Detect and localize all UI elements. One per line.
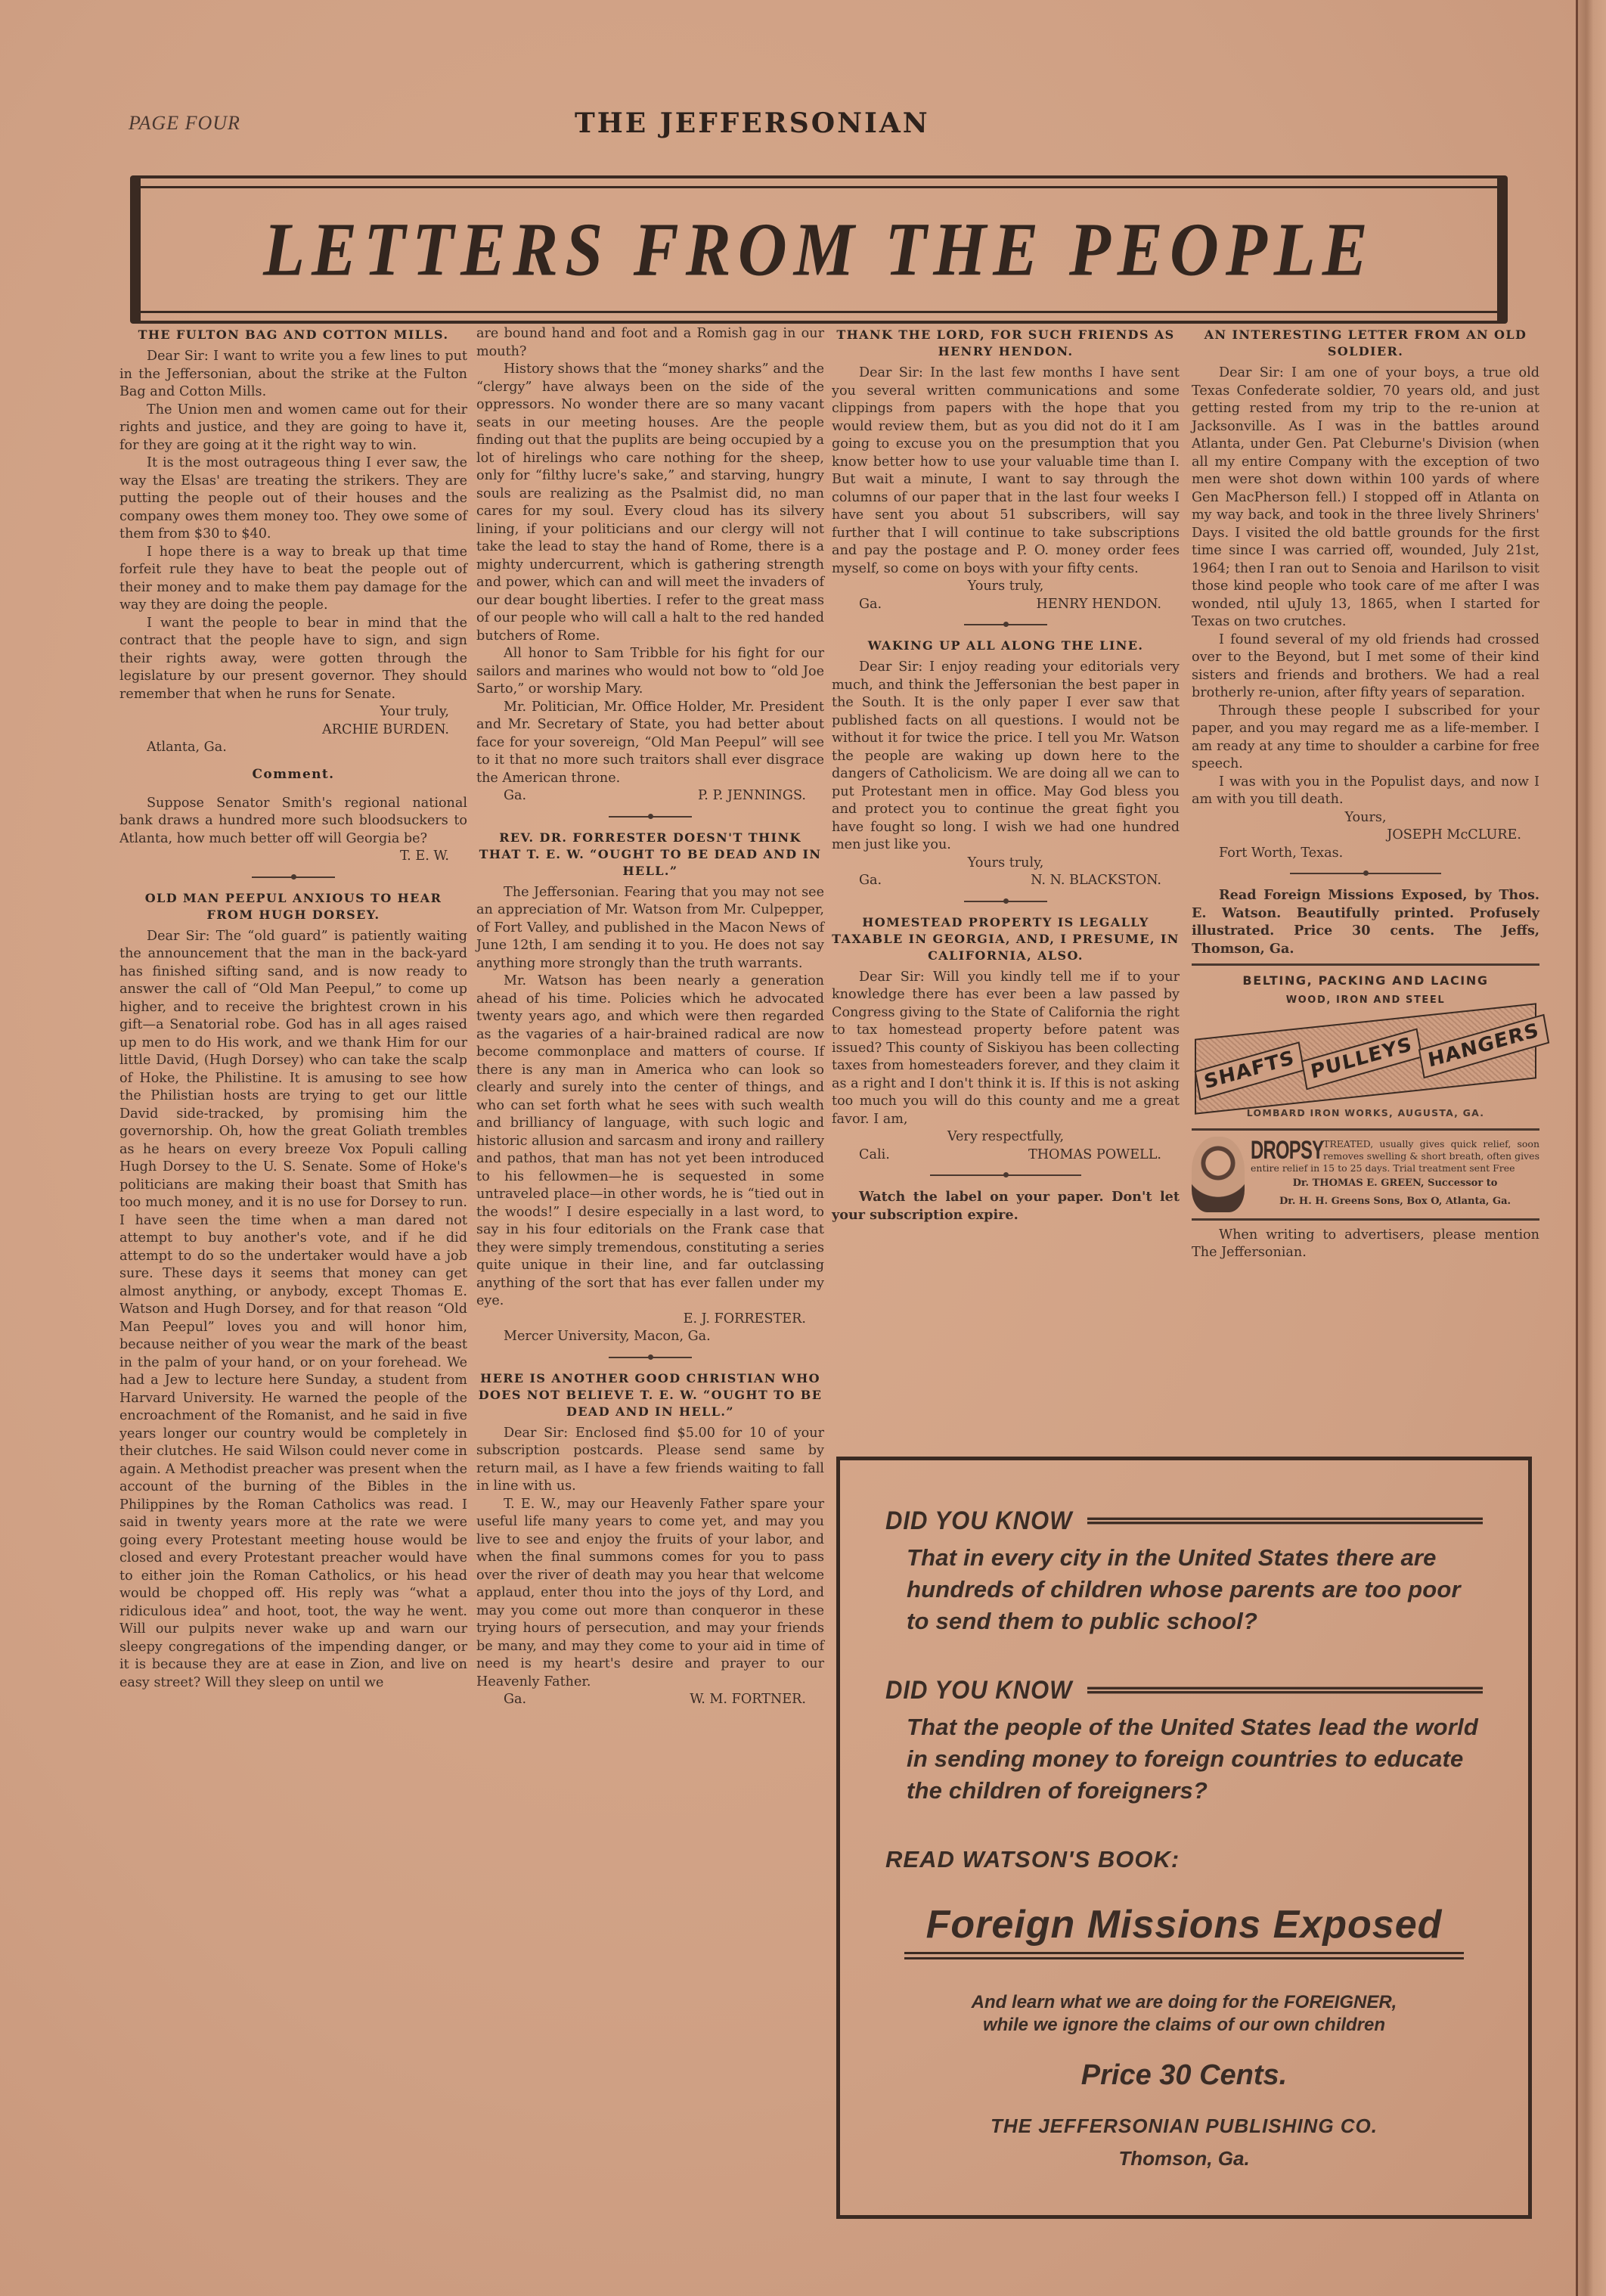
- page-number: PAGE FOUR: [129, 112, 240, 135]
- signature: N. N. BLACKSTON.: [1031, 872, 1161, 890]
- place: Ga.: [859, 596, 882, 614]
- place: Ga.: [504, 787, 526, 805]
- banner-pulleys: PULLEYS: [1301, 1029, 1422, 1090]
- headline: OLD MAN PEEPUL ANXIOUS TO HEAR FROM HUGH…: [119, 890, 467, 923]
- place: Mercer University, Macon, Ga.: [476, 1328, 824, 1346]
- dropsy-ad: DROPSY TREATED, usually gives quick reli…: [1192, 1137, 1539, 1212]
- place: Cali.: [859, 1146, 890, 1165]
- paragraph: Dear Sir: I enjoy reading your editorial…: [832, 659, 1180, 855]
- letter-old-soldier: AN INTERESTING LETTER FROM AN OLD SOLDIE…: [1192, 327, 1539, 862]
- book-notice: Read Foreign Missions Exposed, by Thos. …: [1192, 886, 1539, 957]
- closing: Your truly,: [119, 703, 467, 721]
- double-rule: [1087, 1687, 1483, 1694]
- headline: THE FULTON BAG AND COTTON MILLS.: [119, 327, 467, 343]
- letter-fortner: HERE IS ANOTHER GOOD CHRISTIAN WHO DOES …: [476, 1370, 824, 1709]
- double-rule: [1087, 1518, 1483, 1525]
- double-rule: [904, 1952, 1464, 1959]
- paragraph: I was with you in the Populist days, and…: [1192, 774, 1539, 809]
- closing: Very respectfully,: [832, 1128, 1180, 1146]
- advertisers-note: When writing to advertisers, please ment…: [1192, 1227, 1539, 1262]
- signature: ARCHIE BURDEN.: [119, 721, 467, 740]
- divider: [964, 901, 1047, 902]
- signature-line: Ga. N. N. BLACKSTON.: [832, 872, 1180, 890]
- signature-line: Ga. HENRY HENDON.: [832, 596, 1180, 614]
- paragraph: It is the most outrageous thing I ever s…: [119, 455, 467, 544]
- headline: HOMESTEAD PROPERTY IS LEGALLY TAXABLE IN…: [832, 914, 1180, 964]
- heading-text: DID YOU KNOW: [885, 1506, 1072, 1536]
- closing: Yours truly,: [832, 578, 1180, 596]
- price: Price 30 Cents.: [885, 2059, 1483, 2092]
- section-title: LETTERS FROM THE PEOPLE: [263, 206, 1375, 293]
- paragraph: Mr. Watson has been nearly a generation …: [476, 973, 824, 1311]
- letter-fulton-bag: THE FULTON BAG AND COTTON MILLS. Dear Si…: [119, 327, 467, 757]
- place: Fort Worth, Texas.: [1192, 845, 1539, 863]
- column-3: THANK THE LORD, FOR SUCH FRIENDS AS HENR…: [832, 325, 1180, 1224]
- question-text: That the people of the United States lea…: [885, 1711, 1483, 1807]
- ad-address: Dr. H. H. Greens Sons, Box O, Atlanta, G…: [1251, 1193, 1539, 1211]
- lombard-iron-works-ad: BELTING, PACKING AND LACING WOOD, IRON A…: [1192, 972, 1539, 1122]
- divider: [609, 1357, 692, 1358]
- banner-right-cap: [1497, 175, 1508, 324]
- signature: JOSEPH McCLURE.: [1192, 827, 1539, 845]
- paragraph: The Union men and women came out for the…: [119, 402, 467, 455]
- headline: HERE IS ANOTHER GOOD CHRISTIAN WHO DOES …: [476, 1370, 824, 1420]
- book-title: Foreign Missions Exposed: [885, 1902, 1483, 1947]
- letter-old-man-peepul-continued: are bound hand and foot and a Romish gag…: [476, 325, 824, 805]
- portrait-illustration-icon: [1192, 1137, 1245, 1212]
- foreign-missions-ad: DID YOU KNOW That in every city in the U…: [836, 1457, 1532, 2219]
- paragraph: The Jeffersonian. Fearing that you may n…: [476, 884, 824, 973]
- headline: AN INTERESTING LETTER FROM AN OLD SOLDIE…: [1192, 327, 1539, 360]
- paragraph: History shows that the “money sharks” an…: [476, 361, 824, 645]
- letter-henry-hendon: THANK THE LORD, FOR SUCH FRIENDS AS HENR…: [832, 327, 1180, 613]
- divider: [964, 624, 1047, 625]
- paragraph: are bound hand and foot and a Romish gag…: [476, 325, 824, 361]
- signature: THOMAS POWELL.: [1028, 1146, 1161, 1165]
- paragraph: Suppose Senator Smith's regional nationa…: [119, 795, 467, 849]
- headline: WAKING UP ALL ALONG THE LINE.: [832, 638, 1180, 654]
- closing: Yours truly,: [832, 855, 1180, 873]
- place: Ga.: [504, 1691, 526, 1709]
- paragraph: I want the people to bear in mind that t…: [119, 615, 467, 704]
- paragraph: I hope there is a way to break up that t…: [119, 544, 467, 615]
- divider: [1192, 1128, 1539, 1131]
- signature-line: Cali. THOMAS POWELL.: [832, 1146, 1180, 1165]
- banner-left-cap: [130, 175, 141, 324]
- divider: [252, 877, 335, 878]
- headline: THANK THE LORD, FOR SUCH FRIENDS AS HENR…: [832, 327, 1180, 360]
- banner-hangers: HANGERS: [1418, 1014, 1549, 1078]
- signature: W. M. FORTNER.: [690, 1691, 806, 1709]
- divider: [1290, 873, 1441, 874]
- signature-line: Ga. W. M. FORTNER.: [476, 1691, 824, 1709]
- closing: Yours,: [1192, 809, 1539, 827]
- headline: REV. DR. FORRESTER DOESN'T THINK THAT T.…: [476, 830, 824, 880]
- paragraph: Mr. Politician, Mr. Office Holder, Mr. P…: [476, 699, 824, 788]
- ad-tagline: And learn what we are doing for the FORE…: [885, 1991, 1483, 2014]
- paragraph: Dear Sir: Enclosed find $5.00 for 10 of …: [476, 1425, 824, 1496]
- paragraph: Dear Sir: Will you kindly tell me if to …: [832, 969, 1180, 1129]
- paragraph: Through these people I subscribed for yo…: [1192, 703, 1539, 774]
- ad-line: WOOD, IRON AND STEEL: [1192, 991, 1539, 1010]
- ad-address: Dr. THOMAS E. GREEN, Successor to: [1251, 1174, 1539, 1193]
- divider: [1192, 1218, 1539, 1221]
- page-binding-edge: [1576, 0, 1606, 2296]
- place: Ga.: [859, 872, 882, 890]
- letter-forrester: REV. DR. FORRESTER DOESN'T THINK THAT T.…: [476, 830, 824, 1346]
- divider: [1192, 963, 1539, 966]
- paragraph: All honor to Sam Tribble for his fight f…: [476, 645, 824, 699]
- question-text: That in every city in the United States …: [885, 1542, 1483, 1637]
- signature-line: Ga. P. P. JENNINGS.: [476, 787, 824, 805]
- paragraph: I found several of my old friends had cr…: [1192, 631, 1539, 703]
- editor-comment: Comment. Suppose Senator Smith's regiona…: [119, 766, 467, 866]
- signature: T. E. W.: [119, 848, 467, 866]
- ad-line: BELTING, PACKING AND LACING: [1192, 972, 1539, 990]
- place: Atlanta, Ga.: [119, 739, 467, 757]
- letter-blackston: WAKING UP ALL ALONG THE LINE. Dear Sir: …: [832, 638, 1180, 890]
- headline: Comment.: [119, 766, 467, 783]
- paragraph: Dear Sir: The “old guard” is patiently w…: [119, 928, 467, 1693]
- ad-headword: DROPSY: [1251, 1138, 1299, 1162]
- column-2: are bound hand and foot and a Romish gag…: [476, 325, 824, 1709]
- heading-text: DID YOU KNOW: [885, 1675, 1072, 1705]
- ad-banner-illustration: SHAFTS PULLEYS HANGERS: [1195, 1003, 1536, 1115]
- did-you-know-heading: DID YOU KNOW: [885, 1506, 1483, 1536]
- banner-shafts: SHAFTS: [1195, 1042, 1305, 1100]
- paragraph: T. E. W., may our Heavenly Father spare …: [476, 1496, 824, 1692]
- letter-thomas-powell: HOMESTEAD PROPERTY IS LEGALLY TAXABLE IN…: [832, 914, 1180, 1165]
- signature: HENRY HENDON.: [1037, 596, 1161, 614]
- subscription-notice: Watch the label on your paper. Don't let…: [832, 1188, 1180, 1224]
- publisher: THE JEFFERSONIAN PUBLISHING CO.: [885, 2114, 1483, 2138]
- divider: [930, 1174, 1081, 1176]
- running-head: PAGE FOUR THE JEFFERSONIAN: [129, 107, 1459, 145]
- paragraph: Dear Sir: In the last few months I have …: [832, 365, 1180, 578]
- read-book-label: READ WATSON'S BOOK:: [885, 1846, 1483, 1873]
- section-banner: LETTERS FROM THE PEOPLE: [135, 175, 1503, 324]
- column-1: THE FULTON BAG AND COTTON MILLS. Dear Si…: [119, 325, 467, 1692]
- signature: P. P. JENNINGS.: [698, 787, 806, 805]
- signature: E. J. FORRESTER.: [476, 1311, 824, 1329]
- publisher-city: Thomson, Ga.: [885, 2147, 1483, 2170]
- column-4: AN INTERESTING LETTER FROM AN OLD SOLDIE…: [1192, 325, 1539, 1262]
- ad-body: DROPSY TREATED, usually gives quick reli…: [1251, 1138, 1539, 1174]
- did-you-know-heading: DID YOU KNOW: [885, 1675, 1483, 1705]
- ad-tagline: while we ignore the claims of our own ch…: [885, 2014, 1483, 2037]
- paragraph: Dear Sir: I am one of your boys, a true …: [1192, 365, 1539, 631]
- newspaper-name: THE JEFFERSONIAN: [575, 107, 930, 139]
- letter-old-man-peepul: OLD MAN PEEPUL ANXIOUS TO HEAR FROM HUGH…: [119, 890, 467, 1693]
- paragraph: Dear Sir: I want to write you a few line…: [119, 348, 467, 402]
- divider: [609, 816, 692, 818]
